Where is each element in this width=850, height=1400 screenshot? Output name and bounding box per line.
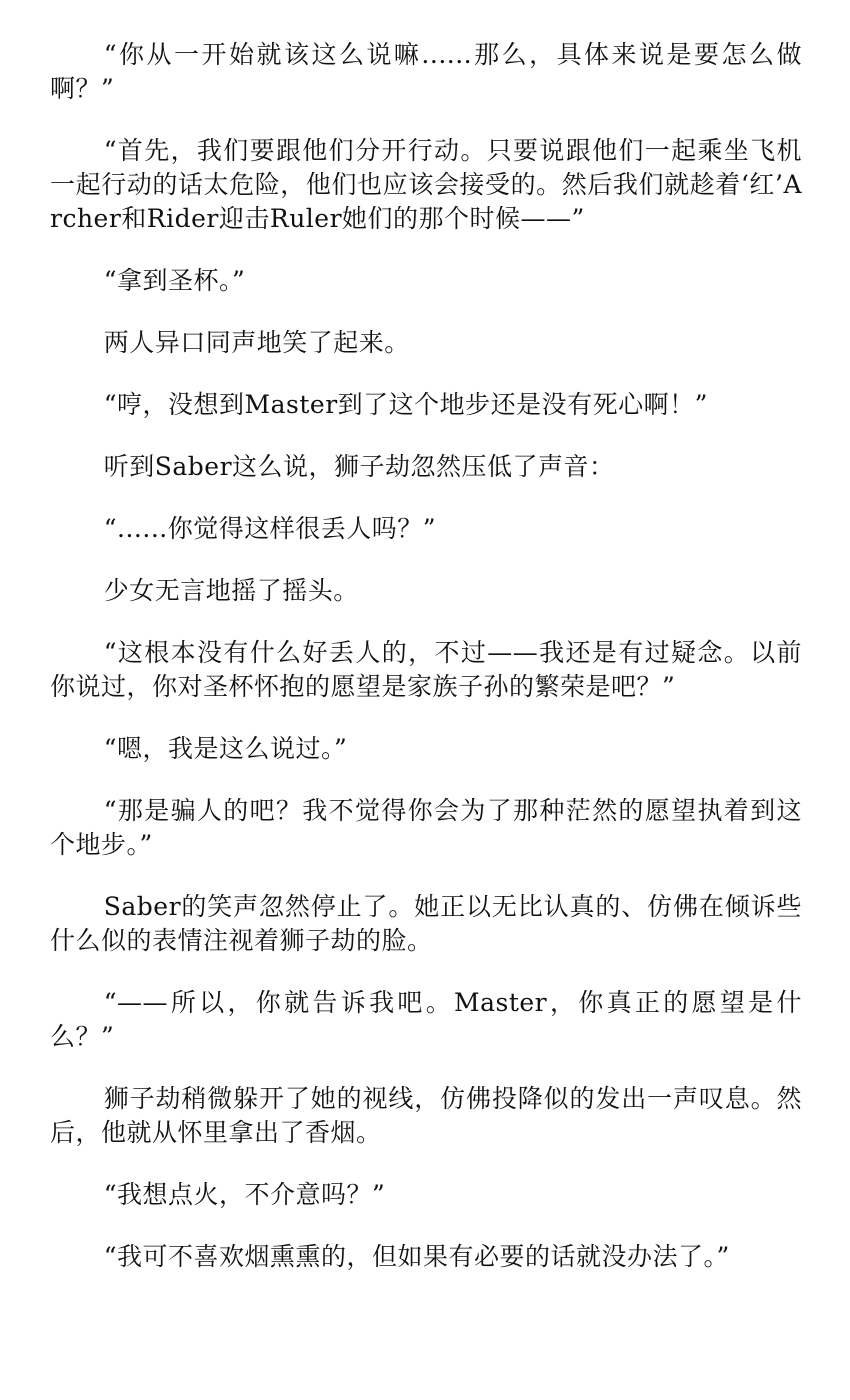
- paragraph: “拿到圣杯。”: [50, 264, 802, 298]
- paragraph: “那是骗人的吧？我不觉得你会为了那种茫然的愿望执着到这个地步。”: [50, 794, 802, 862]
- paragraph: 狮子劫稍微躲开了她的视线，仿佛投降似的发出一声叹息。然后，他就从怀里拿出了香烟。: [50, 1082, 802, 1150]
- paragraph: “——所以，你就告诉我吧。Master，你真正的愿望是什么？”: [50, 986, 802, 1054]
- paragraph: “......你觉得这样很丢人吗？”: [50, 512, 802, 546]
- paragraph: “这根本没有什么好丢人的，不过——我还是有过疑念。以前你说过，你对圣杯怀抱的愿望…: [50, 636, 802, 704]
- paragraph: 少女无言地摇了摇头。: [50, 574, 802, 608]
- paragraph: Saber的笑声忽然停止了。她正以无比认真的、仿佛在倾诉些什么似的表情注视着狮子…: [50, 890, 802, 958]
- paragraph: “嗯，我是这么说过。”: [50, 732, 802, 766]
- paragraph: 听到Saber这么说，狮子劫忽然压低了声音：: [50, 450, 802, 484]
- paragraph: “你从一开始就该这么说嘛......那么，具体来说是要怎么做啊？”: [50, 38, 802, 106]
- paragraph: “首先，我们要跟他们分开行动。只要说跟他们一起乘坐飞机一起行动的话太危险，他们也…: [50, 134, 802, 236]
- paragraph: “我可不喜欢烟熏熏的，但如果有必要的话就没办法了。”: [50, 1240, 802, 1274]
- document-page: “你从一开始就该这么说嘛......那么，具体来说是要怎么做啊？” “首先，我们…: [50, 38, 802, 1302]
- paragraph: “我想点火，不介意吗？”: [50, 1178, 802, 1212]
- paragraph: “哼，没想到Master到了这个地步还是没有死心啊！”: [50, 388, 802, 422]
- paragraph: 两人异口同声地笑了起来。: [50, 326, 802, 360]
